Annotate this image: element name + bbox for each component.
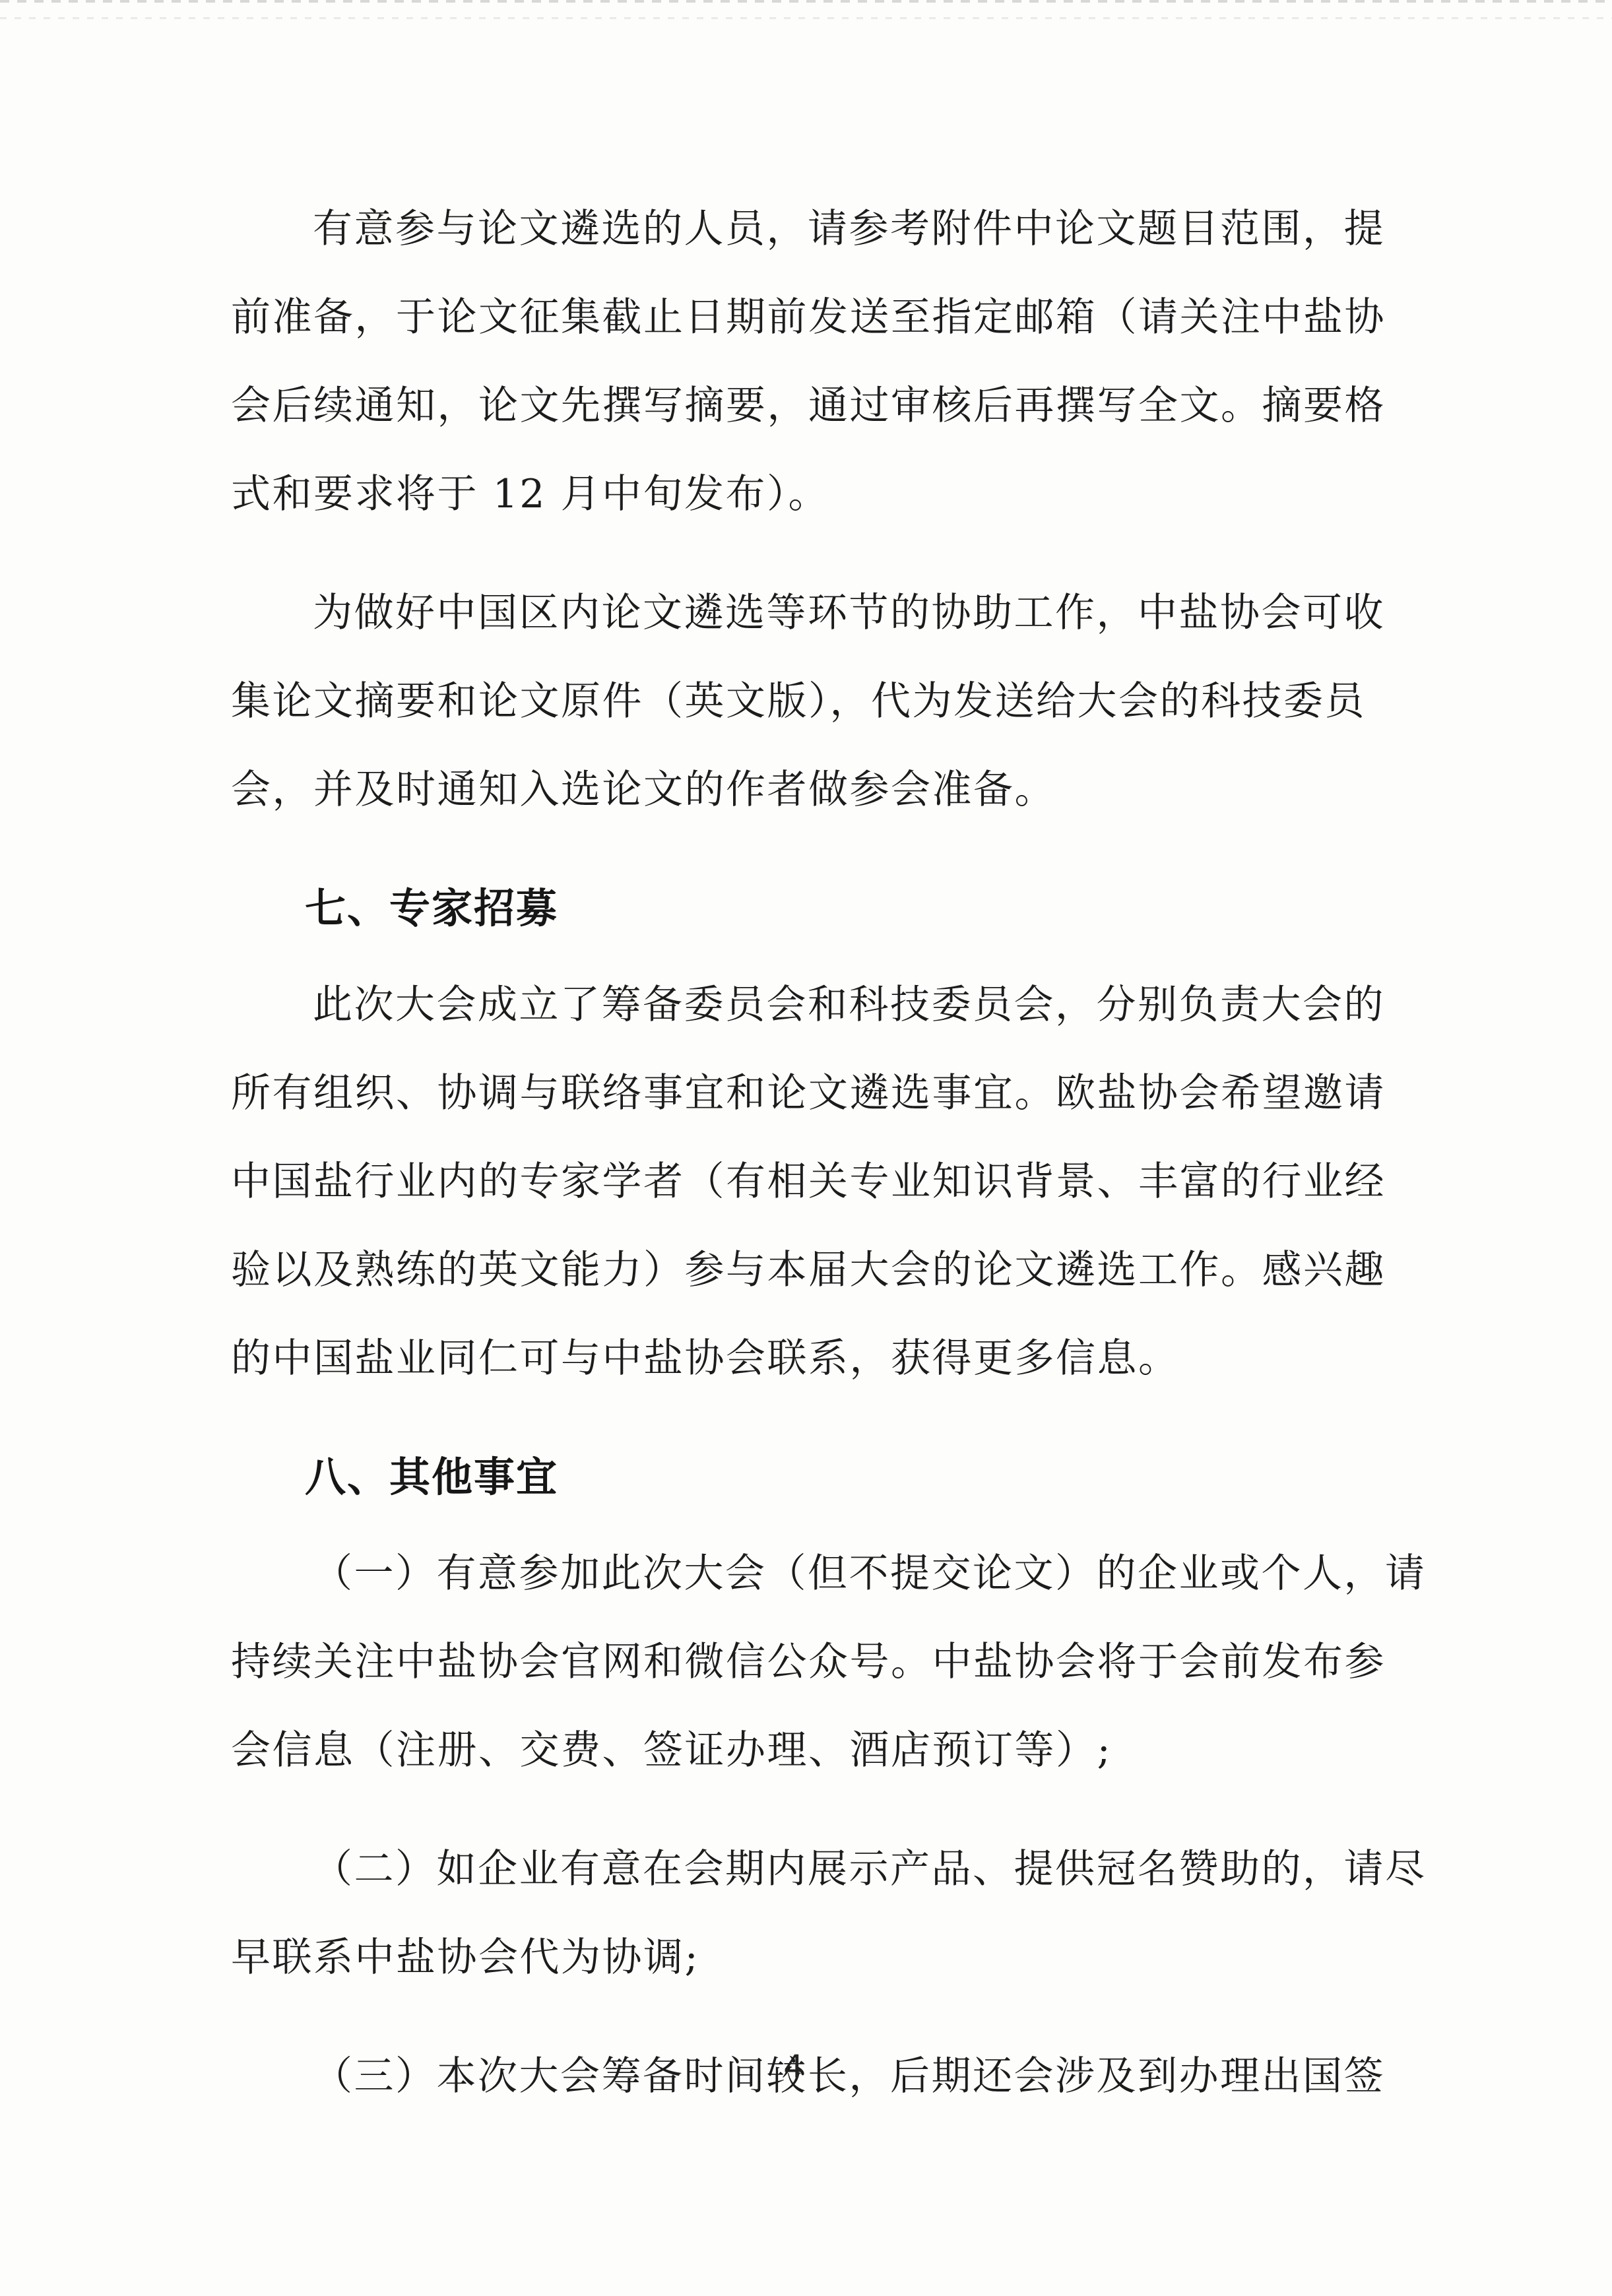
section-heading-other-matters: 八、其他事宜 — [231, 1433, 1389, 1521]
paragraph-item-one: （一）有意参加此次大会（但不提交论文）的企业或个人，请 持续关注中盐协会官网和微… — [231, 1529, 1389, 1795]
text-line: （二）如企业有意在会期内展示产品、提供冠名赞助的，请尽 — [231, 1825, 1389, 1913]
text-line: 会，并及时通知入选论文的作者做参会准备。 — [231, 746, 1389, 834]
paragraph-paper-submission: 有意参与论文遴选的人员，请参考附件中论文题目范围，提 前准备，于论文征集截止日期… — [231, 185, 1389, 538]
scan-artifact-top-line-2 — [0, 17, 1612, 19]
document-page: 有意参与论文遴选的人员，请参考附件中论文题目范围，提 前准备，于论文征集截止日期… — [0, 0, 1612, 2296]
text-line: 早联系中盐协会代为协调; — [231, 1913, 1389, 2002]
text-line: 所有组织、协调与联络事宜和论文遴选事宜。欧盐协会希望邀请 — [231, 1049, 1389, 1137]
scan-artifact-top-line — [0, 0, 1612, 3]
paragraph-committees: 此次大会成立了筹备委员会和科技委员会，分别负责大会的 所有组织、协调与联络事宜和… — [231, 961, 1389, 1403]
page-footer: 4 — [214, 2044, 1372, 2090]
page-number: 4 — [783, 2049, 804, 2086]
text-line: 会后续通知，论文先撰写摘要，通过审核后再撰写全文。摘要格 — [231, 362, 1389, 450]
text-line: 集论文摘要和论文原件（英文版），代为发送给大会的科技委员 — [231, 657, 1389, 746]
text-line: 式和要求将于 12 月中旬发布）。 — [231, 450, 1389, 538]
document-body: 有意参与论文遴选的人员，请参考附件中论文题目范围，提 前准备，于论文征集截止日期… — [231, 185, 1389, 2151]
text-line: 验以及熟练的英文能力）参与本届大会的论文遴选工作。感兴趣 — [231, 1226, 1389, 1314]
text-line: 会信息（注册、交费、签证办理、酒店预订等）; — [231, 1706, 1389, 1795]
text-line: 有意参与论文遴选的人员，请参考附件中论文题目范围，提 — [231, 185, 1389, 273]
paragraph-association-assist: 为做好中国区内论文遴选等环节的协助工作，中盐协会可收 集论文摘要和论文原件（英文… — [231, 569, 1389, 834]
text-line: 中国盐行业内的专家学者（有相关专业知识背景、丰富的行业经 — [231, 1137, 1389, 1226]
section-heading-expert-recruitment: 七、专家招募 — [231, 864, 1389, 953]
text-line: 持续关注中盐协会官网和微信公众号。中盐协会将于会前发布参 — [231, 1618, 1389, 1706]
text-line: 前准备，于论文征集截止日期前发送至指定邮箱（请关注中盐协 — [231, 273, 1389, 362]
text-line: （一）有意参加此次大会（但不提交论文）的企业或个人，请 — [231, 1529, 1389, 1618]
text-line: 的中国盐业同仁可与中盐协会联系，获得更多信息。 — [231, 1314, 1389, 1403]
text-line: 此次大会成立了筹备委员会和科技委员会，分别负责大会的 — [231, 961, 1389, 1049]
paragraph-item-two: （二）如企业有意在会期内展示产品、提供冠名赞助的，请尽 早联系中盐协会代为协调; — [231, 1825, 1389, 2002]
text-line: 为做好中国区内论文遴选等环节的协助工作，中盐协会可收 — [231, 569, 1389, 657]
